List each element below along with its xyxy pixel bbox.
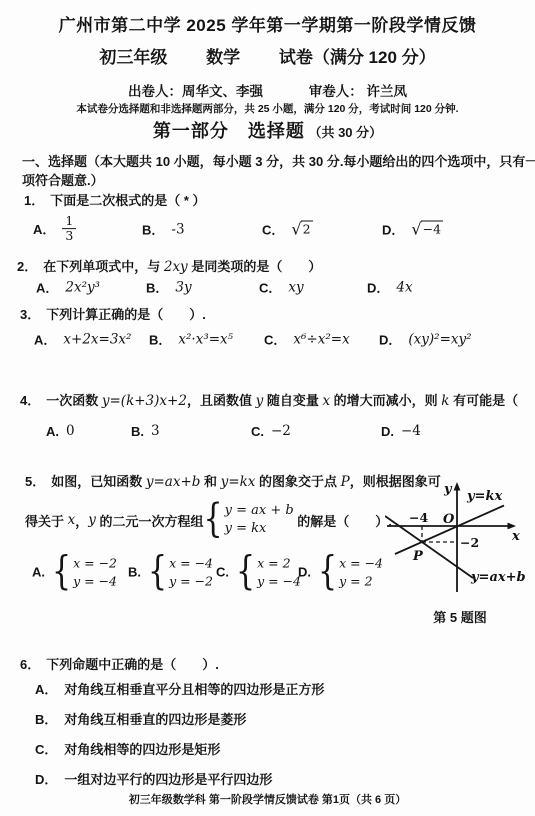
q1-option-b-value: -3 xyxy=(171,221,184,237)
question-2-options: A． 2x²y³ B． 3y C． xy D． 4x xyxy=(0,277,535,297)
q5-option-a: A. { x = −2 y = −4 xyxy=(32,555,117,590)
system-equation-2: y = kx xyxy=(225,520,294,538)
q6-option-a-text: 对角线互相垂直平分且相等的四边形是正方形 xyxy=(64,682,324,697)
q1-option-a-label: A． xyxy=(33,220,55,239)
system-equation-1: x = −4 xyxy=(169,555,213,573)
q4-option-a-label: A. xyxy=(46,424,59,439)
q3-option-d-value: (xy)²=xy² xyxy=(408,331,471,347)
q5-option-c: C. { x = 2 y = −4 xyxy=(216,555,301,590)
system-equation-2: y = 2 xyxy=(339,572,383,590)
origin-label: O xyxy=(443,512,455,527)
system-brace: { xyxy=(204,501,223,540)
exam-paper-page: 广州市第二中学 2025 学年第一学期第一阶段学情反馈 初三年级 数学 试卷（满… xyxy=(0,0,535,816)
page-footer: 初三年级数学科 第一阶段学情反馈试卷 第1页（共 6 页） xyxy=(0,791,535,807)
question-5-text: 的解是（ ）. xyxy=(294,511,392,530)
system-equation-1: x = −2 xyxy=(73,555,117,573)
q4-option-c-value: −2 xyxy=(271,423,291,439)
system-brace: { xyxy=(318,553,337,592)
question-5-text: 得关于 xyxy=(25,511,68,530)
fraction-denominator: 3 xyxy=(62,230,76,244)
q1-option-c: C． √ 2 xyxy=(262,220,313,239)
q2-option-a-label: A． xyxy=(36,278,58,297)
question-2-text-post: 是同类项的是（ ） xyxy=(188,259,322,274)
question-6-number: 6． xyxy=(20,657,40,672)
credits-line: 出卷人：周华文、李强 审卷人： 许兰凤 xyxy=(0,80,535,100)
q5-option-b-label: B. xyxy=(128,565,141,580)
question-4-math: y=(k+3)x+2 xyxy=(102,393,187,409)
q2-option-d: D． 4x xyxy=(367,278,413,297)
q2-option-b-label: B． xyxy=(146,278,168,297)
system-equation-1: y = ax + b xyxy=(225,502,294,520)
q3-option-c-label: C． xyxy=(264,330,286,349)
exam-note: 本试卷分选择题和非选择题两部分，共 25 小题，满分 120 分，考试时间 12… xyxy=(0,101,535,116)
q2-option-b-value: 3y xyxy=(175,279,191,295)
question-5-graph: y x O −4 −2 P y=kx y=ax+b xyxy=(385,480,535,602)
system-brace: { xyxy=(236,553,255,592)
y-axis-label: y xyxy=(443,482,453,497)
q2-option-c: C． xy xyxy=(259,278,304,297)
q6-option-a: A．对角线互相垂直平分且相等的四边形是正方形 xyxy=(35,679,324,698)
q2-option-d-label: D． xyxy=(367,278,389,297)
q4-option-b-label: B. xyxy=(131,424,144,439)
question-5-text: 如图，已知函数 xyxy=(51,474,146,489)
x-value-label: −4 xyxy=(409,510,428,525)
q1-option-d: D． √ −4 xyxy=(382,220,443,239)
q2-option-a-value: 2x²y³ xyxy=(65,279,100,295)
question-5-number: 5． xyxy=(25,474,45,489)
question-4-options: A. 0 B. 3 C. −2 D. −4 xyxy=(0,421,535,441)
q1-option-c-sqrt: √ 2 xyxy=(291,220,312,238)
question-2-stem: 2．在下列单项式中，与 2xy 是同类项的是（ ） xyxy=(17,256,321,275)
question-4-text: ，且函数值 xyxy=(187,393,256,408)
q5-option-d-system: { x = −4 y = 2 xyxy=(318,555,383,590)
question-5-math: y xyxy=(88,512,96,528)
system-brace: { xyxy=(148,553,167,592)
q2-option-c-value: xy xyxy=(288,279,303,295)
sqrt-radicand: −4 xyxy=(421,220,443,238)
q6-option-d: D．一组对边平行的四边形是平行四边形 xyxy=(35,769,272,788)
sqrt-radicand: 2 xyxy=(301,220,313,238)
part-title: 第一部分 选择题 xyxy=(153,121,305,141)
question-5-text: 的图象交于点 xyxy=(255,474,340,489)
q1-option-c-label: C． xyxy=(262,220,284,239)
question-5-stem-line2: 得关于 x，y 的二元一次方程组 { y = ax + b y = kx 的解是… xyxy=(25,497,392,543)
q6-option-c: C．对角线相等的四边形是矩形 xyxy=(35,739,220,758)
graph-caption: 第 5 题图 xyxy=(385,607,535,626)
setter-label: 出卷人：周华文、李强 xyxy=(128,84,263,99)
paper-subtitle: 初三年级 数学 试卷（满分 120 分） xyxy=(0,43,535,68)
q5-option-a-label: A. xyxy=(32,565,45,580)
section-instruction-line1: 一、选择题（本大题共 10 小题，每小题 3 分，共 30 分.每小题给出的四个… xyxy=(22,151,535,170)
q1-option-a-fraction: 1 3 xyxy=(62,214,76,244)
q6-option-c-text: 对角线相等的四边形是矩形 xyxy=(64,742,220,757)
y-value-label: −2 xyxy=(460,535,479,550)
question-4-text: 一次函数 xyxy=(46,393,102,408)
question-5-math: y=ax+b xyxy=(146,474,201,490)
question-5-text: 和 xyxy=(200,474,220,489)
q3-option-a-value: x+2x=3x² xyxy=(63,331,131,347)
q1-option-b-label: B． xyxy=(142,220,164,239)
reviewer-label: 审卷人： 许兰凤 xyxy=(309,84,407,99)
q3-option-a-label: A． xyxy=(34,330,56,349)
question-5-math: y=kx xyxy=(221,474,256,490)
question-1-options: A． 1 3 B． -3 C． √ 2 D． √ −4 xyxy=(0,211,535,247)
q6-option-b-label: B． xyxy=(35,712,57,727)
q3-option-c: C． x⁶÷x²=x xyxy=(264,330,350,349)
system-equation-2: y = −2 xyxy=(169,572,213,590)
question-2-text-pre: 在下列单项式中，与 xyxy=(43,259,164,274)
q4-option-d-value: −4 xyxy=(401,423,421,439)
system-equation-2: y = −4 xyxy=(257,572,301,590)
q2-option-a: A． 2x²y³ xyxy=(36,278,100,297)
q6-option-b-text: 对角线互相垂直的四边形是菱形 xyxy=(64,712,246,727)
q5-option-a-system: { x = −2 y = −4 xyxy=(52,555,117,590)
question-1-stem: 1．下面是二次根式的是（ * ） xyxy=(24,190,206,209)
question-3-options: A． x+2x=3x² B． x²·x³=x⁵ C． x⁶÷x²=x D． (x… xyxy=(0,328,535,350)
fraction-numerator: 1 xyxy=(62,214,76,229)
q2-option-d-value: 4x xyxy=(396,279,412,295)
question-4-stem: 4．一次函数 y=(k+3)x+2，且函数值 y 随自变量 x 的增大而减小，则… xyxy=(20,390,535,409)
question-2-math: 2xy xyxy=(164,259,188,275)
q5-option-d-label: D. xyxy=(298,565,311,580)
q3-option-b-label: B． xyxy=(149,330,171,349)
q6-option-a-label: A． xyxy=(35,682,57,697)
question-1-text: 下面是二次根式的是（ * ） xyxy=(50,193,205,208)
section-instruction-line2: 项符合题意.） xyxy=(22,170,104,189)
subject-label: 数学 xyxy=(206,48,240,67)
question-2-number: 2． xyxy=(17,259,37,274)
q4-option-c: C. −2 xyxy=(251,423,291,439)
q3-option-c-value: x⁶÷x²=x xyxy=(293,331,349,347)
grade-label: 初三年级 xyxy=(99,48,167,67)
question-5-stem-line1: 5．如图，已知函数 y=ax+b 和 y=kx 的图象交于点 P，则根据图象可 xyxy=(25,471,441,490)
question-4-text: 随自变量 xyxy=(263,393,322,408)
line-axb-label: y=ax+b xyxy=(470,570,526,585)
question-3-text: 下列计算正确的是（ ）. xyxy=(46,307,206,322)
question-5-text: ， xyxy=(75,511,88,530)
part-points: （共 30 分） xyxy=(308,125,382,140)
question-3-stem: 3．下列计算正确的是（ ）. xyxy=(20,304,206,323)
q4-option-c-label: C. xyxy=(251,424,264,439)
q4-option-a-value: 0 xyxy=(66,423,75,439)
q1-option-d-label: D． xyxy=(382,220,404,239)
q3-option-b: B． x²·x³=x⁵ xyxy=(149,330,233,349)
part-heading: 第一部分 选择题 （共 30 分） xyxy=(0,117,535,143)
q5-option-c-system: { x = 2 y = −4 xyxy=(236,555,301,590)
question-3-number: 3． xyxy=(20,307,40,322)
question-5-math: P xyxy=(341,474,350,490)
question-5-text: 的二元一次方程组 xyxy=(96,511,204,530)
q6-option-c-label: C． xyxy=(35,742,57,757)
system-brace: { xyxy=(52,553,71,592)
q6-option-d-label: D． xyxy=(35,772,57,787)
page-title: 广州市第二中学 2025 学年第一学期第一阶段学情反馈 xyxy=(0,11,535,36)
q6-option-b: B．对角线互相垂直的四边形是菱形 xyxy=(35,709,246,728)
q6-option-d-text: 一组对边平行的四边形是平行四边形 xyxy=(64,772,272,787)
q3-option-d-label: D． xyxy=(379,330,401,349)
system-equation-1: x = −4 xyxy=(339,555,383,573)
q5-equation-system: { y = ax + b y = kx xyxy=(204,502,294,538)
point-p-label: P xyxy=(412,549,424,564)
paper-info-label: 试卷（满分 120 分） xyxy=(279,48,436,67)
x-axis-label: x xyxy=(511,529,520,544)
system-equation-1: x = 2 xyxy=(257,555,301,573)
q3-option-a: A． x+2x=3x² xyxy=(34,330,131,349)
q4-option-b: B. 3 xyxy=(131,423,160,439)
q5-option-b-system: { x = −4 y = −2 xyxy=(148,555,213,590)
question-1-number: 1． xyxy=(24,193,44,208)
q2-option-b: B． 3y xyxy=(146,278,192,297)
question-4-number: 4． xyxy=(20,393,40,408)
question-4-text: 有可能是（ ）. xyxy=(449,393,535,408)
q5-option-d: D. { x = −4 y = 2 xyxy=(298,555,383,590)
q1-option-d-sqrt: √ −4 xyxy=(411,220,443,238)
line-kx-label: y=kx xyxy=(466,489,502,504)
question-4-text: 的增大而减小，则 xyxy=(330,393,441,408)
q5-option-b: B. { x = −4 y = −2 xyxy=(128,555,213,590)
q1-option-a: A． 1 3 xyxy=(33,214,76,244)
q5-option-c-label: C. xyxy=(216,565,229,580)
q4-option-b-value: 3 xyxy=(151,423,160,439)
system-equation-2: y = −4 xyxy=(73,572,117,590)
q3-option-b-value: x²·x³=x⁵ xyxy=(178,331,233,347)
question-6-text: 下列命题中正确的是（ ）. xyxy=(46,657,219,672)
question-4-math: x xyxy=(322,393,330,409)
q4-option-d-label: D. xyxy=(381,424,394,439)
q1-option-b: B． -3 xyxy=(142,220,185,239)
q4-option-a: A. 0 xyxy=(46,423,75,439)
q3-option-d: D． (xy)²=xy² xyxy=(379,330,472,349)
q2-option-c-label: C． xyxy=(259,278,281,297)
question-6-stem: 6．下列命题中正确的是（ ）. xyxy=(20,654,219,673)
q4-option-d: D. −4 xyxy=(381,423,421,439)
y-axis-arrow xyxy=(454,482,461,491)
question-5-math: x xyxy=(68,512,76,528)
